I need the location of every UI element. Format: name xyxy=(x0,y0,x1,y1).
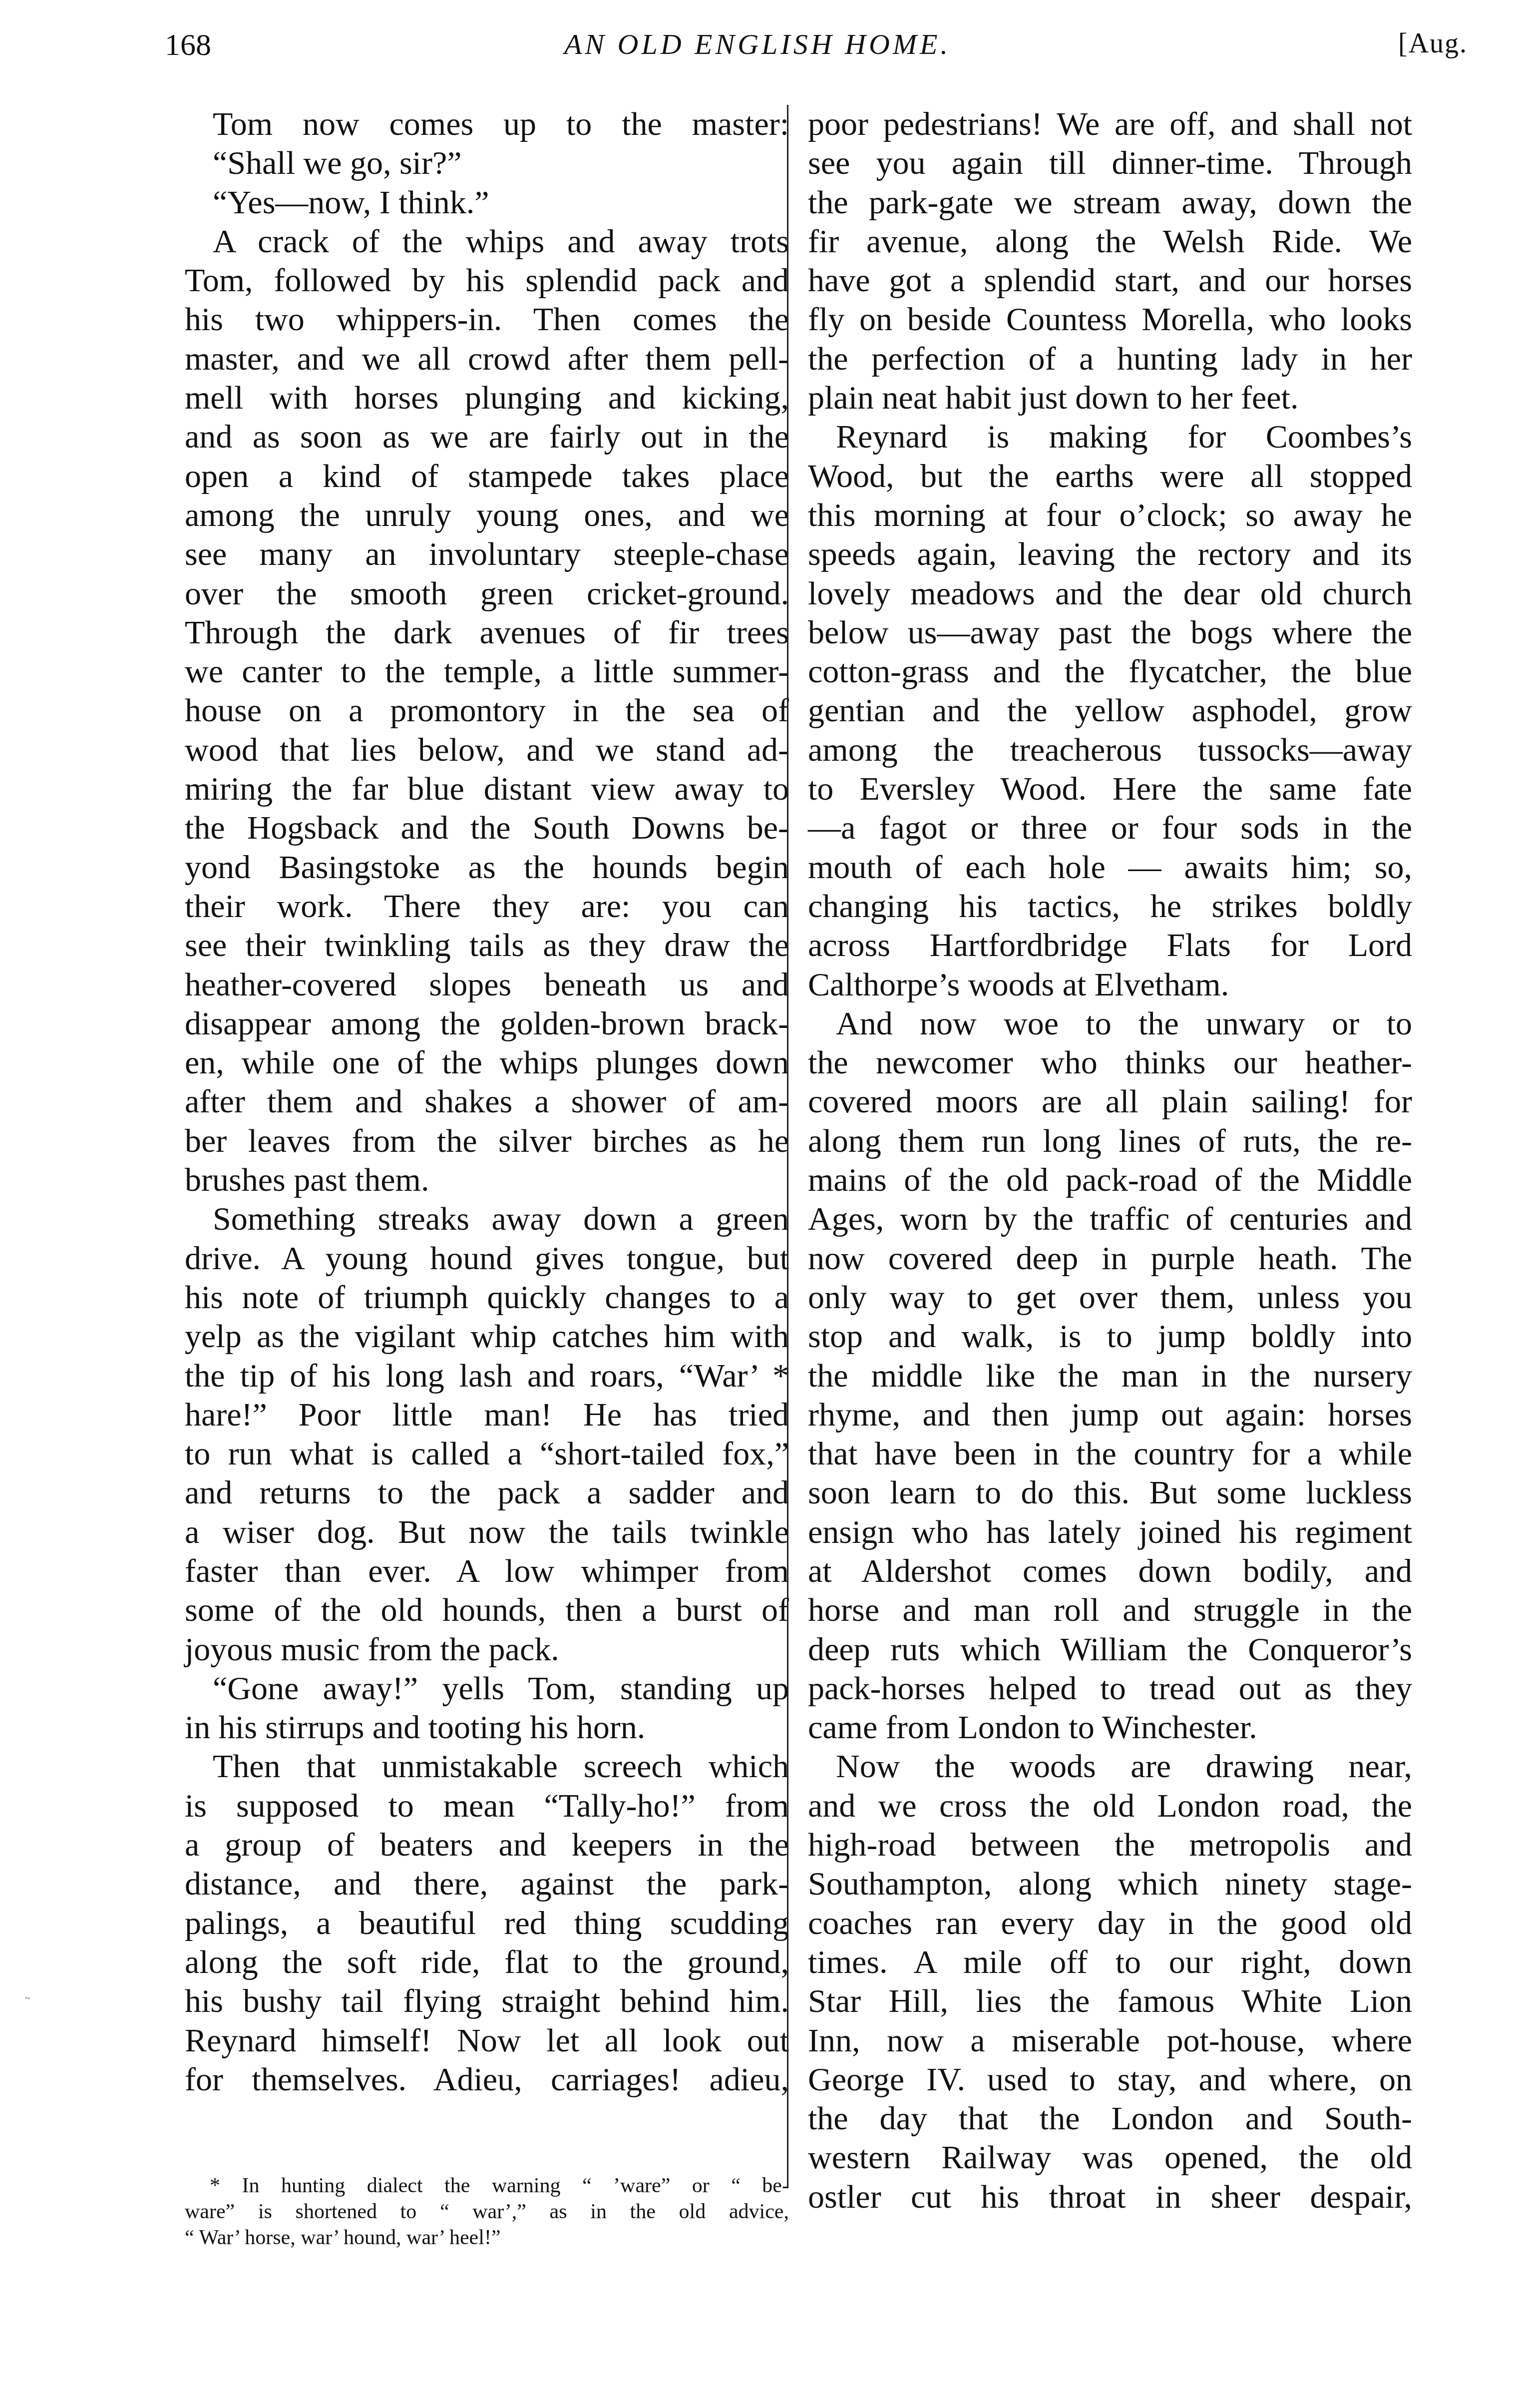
text-line: pack-horses helped to tread out as they xyxy=(808,1669,1412,1708)
text-line: their work. There they are: you can xyxy=(185,887,789,926)
text-line: after them and shakes a shower of am- xyxy=(185,1082,789,1121)
text-line: open a kind of stampede takes place xyxy=(185,457,789,496)
text-line: came from London to Winchester. xyxy=(808,1708,1412,1747)
text-line: coaches ran every day in the good old xyxy=(808,1904,1412,1943)
text-line: house on a promontory in the sea of xyxy=(185,691,789,730)
text-line: “Shall we go, sir?” xyxy=(185,144,789,183)
text-line: Through the dark avenues of fir trees xyxy=(185,613,789,652)
text-line: and we cross the old London road, the xyxy=(808,1787,1412,1826)
text-line: ensign who has lately joined his regimen… xyxy=(808,1513,1412,1552)
text-line: among the treacherous tussocks—away xyxy=(808,731,1412,770)
text-line: a group of beaters and keepers in the xyxy=(185,1826,789,1865)
running-title: AN OLD ENGLISH HOME. xyxy=(0,27,1515,61)
text-line: deep ruts which William the Conqueror’s xyxy=(808,1630,1412,1669)
column-divider xyxy=(787,105,788,2188)
text-line: his note of triumph quickly changes to a xyxy=(185,1278,789,1317)
text-line: for themselves. Adieu, carriages! adieu, xyxy=(185,2060,789,2099)
text-line: changing his tactics, he strikes boldly xyxy=(808,887,1412,926)
text-line: in his stirrups and tooting his horn. xyxy=(185,1708,789,1747)
text-line: Now the woods are drawing near, xyxy=(808,1747,1412,1786)
footnote-line: ware” is shortened to “ war’,” as in the… xyxy=(185,2199,789,2225)
text-line: A crack of the whips and away trots xyxy=(185,222,789,261)
text-line: Then that unmistakable screech which xyxy=(185,1747,789,1786)
running-header: 168 AN OLD ENGLISH HOME. [Aug. xyxy=(0,27,1515,72)
text-line: and as soon as we are fairly out in the xyxy=(185,418,789,457)
text-line: disappear among the golden-brown brack- xyxy=(185,1004,789,1043)
text-line: “Yes—now, I think.” xyxy=(185,183,789,222)
text-line: drive. A young hound gives tongue, but xyxy=(185,1239,789,1278)
text-line: the tip of his long lash and roars, “War… xyxy=(185,1357,789,1396)
text-line: now covered deep in purple heath. The xyxy=(808,1239,1412,1278)
footnote-line: * In hunting dialect the warning “ ’ware… xyxy=(185,2173,789,2199)
text-line: lovely meadows and the dear old church xyxy=(808,574,1412,613)
text-line: plain neat habit just down to her feet. xyxy=(808,379,1412,418)
text-line: we canter to the temple, a little summer… xyxy=(185,652,789,691)
text-line: —a fagot or three or four sods in the xyxy=(808,809,1412,848)
text-line: fir avenue, along the Welsh Ride. We xyxy=(808,222,1412,261)
text-line: Inn, now a miserable pot-house, where xyxy=(808,2021,1412,2060)
text-line: soon learn to do this. But some luckless xyxy=(808,1473,1412,1512)
text-line: yelp as the vigilant whip catches him wi… xyxy=(185,1317,789,1356)
text-line: along them run long lines of ruts, the r… xyxy=(808,1122,1412,1161)
text-line: poor pedestrians! We are off, and shall … xyxy=(808,105,1412,144)
month-label: [Aug. xyxy=(1398,27,1468,59)
text-line: that have been in the country for a whil… xyxy=(808,1435,1412,1473)
text-line: And now woe to the unwary or to xyxy=(808,1004,1412,1043)
text-line: Tom now comes up to the master: xyxy=(185,105,789,144)
text-line: over the smooth green cricket-ground. xyxy=(185,574,789,613)
text-line: Wood, but the earths were all stopped xyxy=(808,457,1412,496)
text-line: faster than ever. A low whimper from xyxy=(185,1552,789,1591)
text-line: the day that the London and South- xyxy=(808,2099,1412,2138)
text-line: this morning at four o’clock; so away he xyxy=(808,496,1412,535)
text-line: among the unruly young ones, and we xyxy=(185,496,789,535)
text-line: the park-gate we stream away, down the xyxy=(808,183,1412,222)
text-line: mains of the old pack-road of the Middle xyxy=(808,1161,1412,1200)
text-line: Southampton, along which ninety stage- xyxy=(808,1865,1412,1904)
text-line: see their twinkling tails as they draw t… xyxy=(185,926,789,965)
text-line: miring the far blue distant view away to xyxy=(185,770,789,809)
text-line: ber leaves from the silver birches as he xyxy=(185,1122,789,1161)
text-line: stop and walk, is to jump boldly into xyxy=(808,1317,1412,1356)
text-line: master, and we all crowd after them pell… xyxy=(185,340,789,379)
text-line: speeds again, leaving the rectory and it… xyxy=(808,535,1412,574)
text-line: Tom, followed by his splendid pack and xyxy=(185,261,789,300)
text-line: is supposed to mean “Tally-ho!” from xyxy=(185,1787,789,1826)
text-line: Reynard himself! Now let all look out xyxy=(185,2021,789,2060)
text-line: en, while one of the whips plunges down xyxy=(185,1043,789,1082)
text-line: Calthorpe’s woods at Elvetham. xyxy=(808,965,1412,1004)
text-line: have got a splendid start, and our horse… xyxy=(808,261,1412,300)
text-line: below us—away past the bogs where the xyxy=(808,613,1412,652)
text-line: times. A mile off to our right, down xyxy=(808,1943,1412,1982)
text-line: George IV. used to stay, and where, on xyxy=(808,2060,1412,2099)
text-line: the perfection of a hunting lady in her xyxy=(808,340,1412,379)
text-line: Reynard is making for Coombes’s xyxy=(808,418,1412,457)
text-line: a wiser dog. But now the tails twinkle xyxy=(185,1513,789,1552)
text-line: high-road between the metropolis and xyxy=(808,1826,1412,1865)
scan-artifact: ~ xyxy=(25,1993,30,2004)
text-line: joyous music from the pack. xyxy=(185,1630,789,1669)
text-line: only way to get over them, unless you xyxy=(808,1278,1412,1317)
text-line: his two whippers-in. Then comes the xyxy=(185,300,789,339)
text-line: mell with horses plunging and kicking, xyxy=(185,379,789,418)
text-line: distance, and there, against the park- xyxy=(185,1865,789,1904)
text-line: across Hartfordbridge Flats for Lord xyxy=(808,926,1412,965)
text-line: fly on beside Countess Morella, who look… xyxy=(808,300,1412,339)
text-line: some of the old hounds, then a burst of xyxy=(185,1591,789,1630)
text-line: see many an involuntary steeple-chase xyxy=(185,535,789,574)
text-line: yond Basingstoke as the hounds begin xyxy=(185,848,789,887)
text-line: the middle like the man in the nursery xyxy=(808,1357,1412,1396)
text-line: heather-covered slopes beneath us and xyxy=(185,965,789,1004)
text-line: palings, a beautiful red thing scudding xyxy=(185,1904,789,1943)
text-line: and returns to the pack a sadder and xyxy=(185,1473,789,1512)
text-line: at Aldershot comes down bodily, and xyxy=(808,1552,1412,1591)
text-line: to run what is called a “short-tailed fo… xyxy=(185,1435,789,1473)
text-line: wood that lies below, and we stand ad- xyxy=(185,731,789,770)
text-line: the Hogsback and the South Downs be- xyxy=(185,809,789,848)
right-column: poor pedestrians! We are off, and shall … xyxy=(808,105,1412,2217)
footnote: * In hunting dialect the warning “ ’ware… xyxy=(185,2173,789,2251)
text-line: Star Hill, lies the famous White Lion xyxy=(808,1982,1412,2021)
text-line: the newcomer who thinks our heather- xyxy=(808,1043,1412,1082)
text-line: rhyme, and then jump out again: horses xyxy=(808,1396,1412,1435)
text-line: gentian and the yellow asphodel, grow xyxy=(808,691,1412,730)
text-line: to Eversley Wood. Here the same fate xyxy=(808,770,1412,809)
text-line: hare!” Poor little man! He has tried xyxy=(185,1396,789,1435)
text-line: Something streaks away down a green xyxy=(185,1200,789,1239)
text-line: his bushy tail flying straight behind hi… xyxy=(185,1982,789,2021)
footnote-line: “ War’ horse, war’ hound, war’ heel!” xyxy=(185,2225,789,2251)
text-line: cotton-grass and the flycatcher, the blu… xyxy=(808,652,1412,691)
left-column: Tom now comes up to the master:“Shall we… xyxy=(185,105,789,2099)
text-line: horse and man roll and struggle in the xyxy=(808,1591,1412,1630)
text-line: along the soft ride, flat to the ground, xyxy=(185,1943,789,1982)
text-line: see you again till dinner-time. Through xyxy=(808,144,1412,183)
text-line: covered moors are all plain sailing! for xyxy=(808,1082,1412,1121)
text-line: mouth of each hole — awaits him; so, xyxy=(808,848,1412,887)
text-line: “Gone away!” yells Tom, standing up xyxy=(185,1669,789,1708)
text-line: brushes past them. xyxy=(185,1161,789,1200)
text-line: Ages, worn by the traffic of centuries a… xyxy=(808,1200,1412,1239)
text-line: ostler cut his throat in sheer despair, xyxy=(808,2178,1412,2217)
text-line: western Railway was opened, the old xyxy=(808,2138,1412,2177)
